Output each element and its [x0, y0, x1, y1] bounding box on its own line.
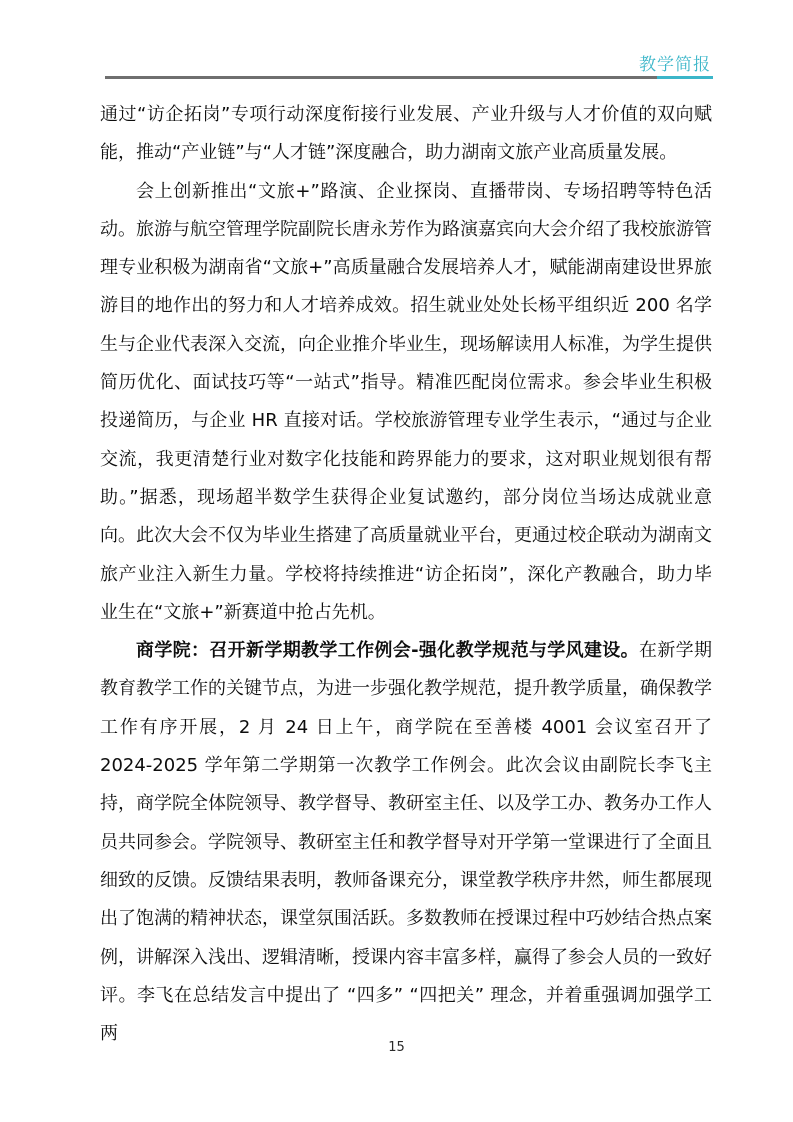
- paragraph-continuation: 通过“访企拓岗”专项行动深度衔接行业发展、产业升级与人才价值的双向赋能，推动“产…: [100, 96, 712, 173]
- header-title: 教学简报: [639, 55, 711, 75]
- paragraph: 商学院：召开新学期教学工作例会-强化教学规范与学风建设。在新学期教育教学工作的关…: [100, 632, 712, 1053]
- header-rule-accent: [657, 76, 713, 79]
- document-body: 通过“访企拓岗”专项行动深度衔接行业发展、产业升级与人才价值的双向赋能，推动“产…: [100, 96, 712, 1053]
- paragraph: 会上创新推出“文旅+”路演、企业探岗、直播带岗、专场招聘等特色活动。旅游与航空管…: [100, 173, 712, 633]
- paragraph-lead-bold: 商学院：召开新学期教学工作例会-强化教学规范与学风建设。: [136, 640, 639, 661]
- page-footer: 15: [0, 1036, 793, 1057]
- paragraph-text: 在新学期教育教学工作的关键节点，为进一步强化教学规范，提升教学质量，确保教学工作…: [100, 640, 712, 1044]
- header-rule: [105, 76, 657, 79]
- page-header: 教学简报: [0, 0, 793, 90]
- paragraph-text: 通过“访企拓岗”专项行动深度衔接行业发展、产业升级与人才价值的双向赋能，推动“产…: [100, 104, 712, 163]
- page-number: 15: [388, 1040, 405, 1055]
- document-page: 教学简报 通过“访企拓岗”专项行动深度衔接行业发展、产业升级与人才价值的双向赋能…: [0, 0, 793, 1122]
- paragraph-text: 会上创新推出“文旅+”路演、企业探岗、直播带岗、专场招聘等特色活动。旅游与航空管…: [100, 181, 712, 623]
